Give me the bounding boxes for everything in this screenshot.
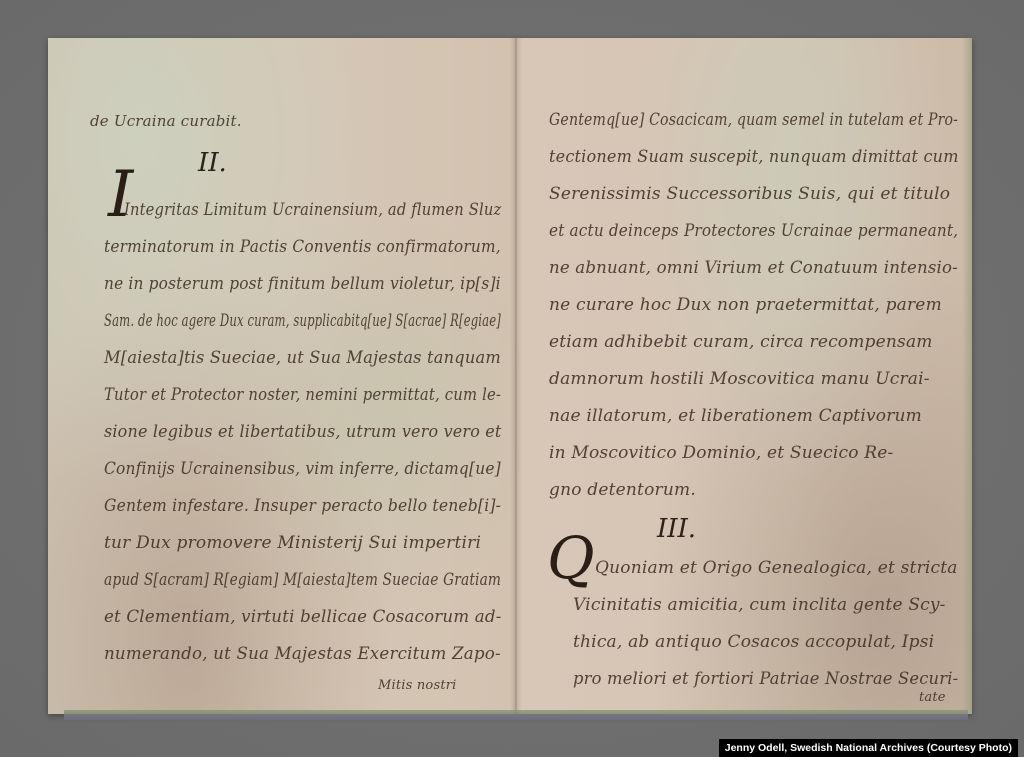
- manuscript-line: thica, ab antiquo Cosacos accopulat, Ips…: [573, 632, 934, 652]
- manuscript-line: gno detentorum.: [549, 480, 696, 500]
- manuscript-line: nae illatorum, et liberationem Captivoru…: [549, 406, 922, 426]
- manuscript-line: ne curare hoc Dux non praetermittat, par…: [549, 295, 942, 315]
- right-page: Gentemq[ue] Cosacicam, quam semel in tut…: [516, 38, 972, 714]
- drop-cap-i: I: [108, 158, 133, 232]
- manuscript-line: Confinijs Ucrainensibus, vim inferre, di…: [104, 459, 501, 479]
- manuscript-line: Gentem infestare. Insuper peracto bello …: [104, 496, 501, 516]
- catchword: tate: [919, 690, 946, 705]
- manuscript-line: tur Dux promovere Ministerij Sui imperti…: [104, 533, 481, 553]
- drop-cap-q: Q: [547, 524, 595, 592]
- manuscript-line: apud S[acram] R[egiam] M[aiesta]tem Suec…: [104, 570, 501, 590]
- manuscript-line: Serenissimis Successoribus Suis, qui et …: [549, 184, 950, 204]
- section-numeral-iii: III.: [657, 514, 696, 544]
- manuscript-line: Quoniam et Origo Genealogica, et stricta: [595, 558, 958, 578]
- manuscript: de Ucraina curabit. II. I Integritas Lim…: [48, 38, 972, 714]
- paper-edge: [64, 710, 968, 720]
- manuscript-line: ne abnuant, omni Virium et Conatuum inte…: [549, 258, 958, 278]
- page-fold: [510, 38, 522, 714]
- manuscript-line: pro meliori et fortiori Patriae Nostrae …: [573, 669, 958, 689]
- manuscript-line: etiam adhibebit curam, circa recompensam: [549, 332, 933, 352]
- manuscript-line: numerando, ut Sua Majestas Exercitum Zap…: [104, 644, 501, 664]
- section-numeral-ii: II.: [198, 148, 227, 178]
- left-page-heading: de Ucraina curabit.: [90, 112, 242, 130]
- manuscript-line: Gentemq[ue] Cosacicam, quam semel in tut…: [549, 110, 958, 130]
- manuscript-line: M[aiesta]tis Sueciae, ut Sua Majestas ta…: [104, 348, 501, 368]
- manuscript-line: et actu deinceps Protectores Ucrainae pe…: [549, 221, 958, 241]
- manuscript-line: sione legibus et libertatibus, utrum ver…: [104, 422, 502, 442]
- manuscript-line: in Moscovitico Dominio, et Suecico Re-: [549, 443, 894, 463]
- catchword: Mitis nostri: [378, 678, 457, 693]
- manuscript-line: Sam. de hoc agere Dux curam, supplicabit…: [104, 311, 501, 331]
- manuscript-line: Vicinitatis amicitia, cum inclita gente …: [573, 595, 946, 615]
- left-page: de Ucraina curabit. II. I Integritas Lim…: [48, 38, 516, 714]
- photo-credit: Jenny Odell, Swedish National Archives (…: [719, 739, 1018, 757]
- manuscript-line: et Clementiam, virtuti bellicae Cosacoru…: [104, 607, 502, 627]
- manuscript-line: Integritas Limitum Ucrainensium, ad flum…: [124, 200, 501, 220]
- manuscript-line: Tutor et Protector noster, nemini permit…: [104, 385, 501, 405]
- manuscript-line: ne in posterum post finitum bellum viole…: [104, 274, 501, 294]
- manuscript-line: tectionem Suam suscepit, nunquam dimitta…: [549, 147, 959, 167]
- manuscript-line: terminatorum in Pactis Conventis confirm…: [104, 237, 501, 257]
- manuscript-line: damnorum hostili Moscovitica manu Ucrai-: [549, 369, 930, 389]
